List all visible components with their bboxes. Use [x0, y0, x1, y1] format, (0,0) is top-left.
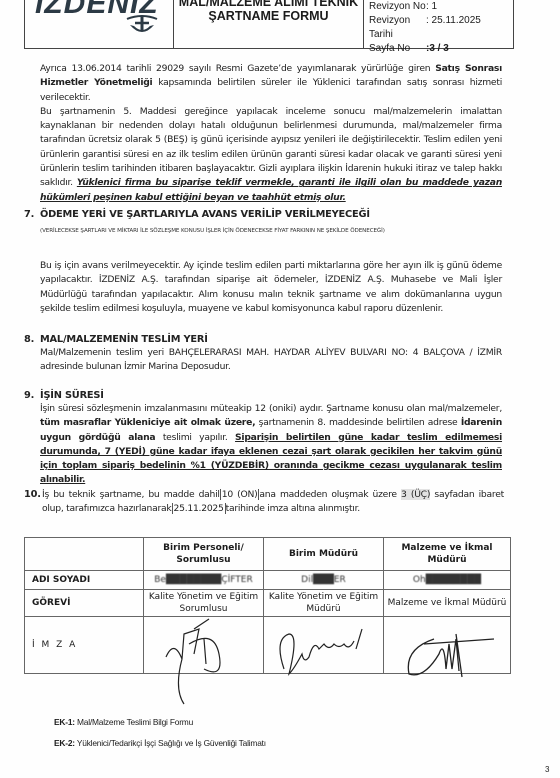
signature-icon: [384, 609, 514, 689]
corner-cell: [25, 538, 144, 571]
row-label: İ M Z A: [25, 617, 144, 674]
annex-1: EK-1: Mal/Malzeme Teslimi Bilgi Formu: [54, 717, 193, 727]
page-count: 3 (ÜÇ): [401, 489, 430, 500]
table-row: İ M Z A: [25, 617, 511, 674]
signature-3: [384, 617, 511, 674]
row-label: ADI SOYADI: [25, 571, 144, 590]
revision-no: Revizyon No: 1: [369, 0, 513, 14]
form-title: MAL/MALZEME ALIMI TEKNİK ŞARTNAME FORMU: [174, 0, 364, 48]
revision-date: Revizyon Tarihi: 25.11.2025: [369, 14, 513, 42]
page-no: Sayfa No:3 / 3: [369, 42, 513, 56]
annex-2: EK-2: Yüklenici/Tedarikçi İşçi Sağlığı v…: [54, 738, 266, 748]
name-cell: Be████████ÇİFTER: [144, 571, 264, 590]
column-header: Birim Personeli/ Sorumlusu: [144, 538, 264, 571]
anchor-icon: [125, 15, 159, 37]
guarantee-commitment: Yüklenici firma bu siparişe teklif verme…: [40, 177, 502, 202]
section-7-note: (VERİLECEKSE ŞARTLARI VE MİKTARI İLE SÖZ…: [40, 224, 385, 238]
section-10-number: 10.: [24, 488, 40, 502]
form-header: İZDENİZ MAL/MALZEME ALIMI TEKNİK ŞARTNAM…: [24, 0, 514, 49]
section-9-body: İşin süresi sözleşmenin imzalanmasını mü…: [40, 402, 502, 488]
column-header: Malzeme ve İkmal Müdürü: [384, 538, 511, 571]
form-title-line1: MAL/MALZEME ALIMI TEKNİK: [174, 0, 363, 9]
guarantee-paragraph: Ayrıca 13.06.2014 tarihli 29029 sayılı R…: [40, 62, 502, 205]
name-cell: Oh████████: [384, 571, 511, 590]
table-row: ADI SOYADI Be████████ÇİFTER Dil███ER Oh█…: [25, 571, 511, 590]
section-8-body: Mal/Malzemenin teslim yeri BAHÇELERARASI…: [40, 346, 502, 375]
company-logo: İZDENİZ: [25, 0, 174, 48]
signature-table: Birim Personeli/ Sorumlusu Birim Müdürü …: [24, 537, 511, 674]
signature-icon: [144, 609, 264, 699]
section-7-body: Bu iş için avans verilmeyecektir. Ay içi…: [40, 259, 502, 316]
signature-date: 25.11.2025: [172, 503, 226, 514]
section-7-heading: 7.ÖDEME YERİ VE ŞARTLARIYLA AVANS VERİLİ…: [24, 208, 370, 222]
page-number: 3: [545, 765, 549, 774]
column-header: Birim Müdürü: [264, 538, 384, 571]
section-10-body: İş bu teknik şartname, bu madde dahil10 …: [42, 488, 504, 517]
form-title-line2: ŞARTNAME FORMU: [174, 9, 363, 23]
form-meta: Revizyon No: 1 Revizyon Tarihi: 25.11.20…: [364, 0, 513, 48]
signature-1: [144, 617, 264, 674]
name-cell: Dil███ER: [264, 571, 384, 590]
signature-icon: [264, 609, 384, 689]
table-header-row: Birim Personeli/ Sorumlusu Birim Müdürü …: [25, 538, 511, 571]
signature-2: [264, 617, 384, 674]
row-label: GÖREVİ: [25, 590, 144, 617]
article-count: 10 (ON): [220, 489, 260, 500]
